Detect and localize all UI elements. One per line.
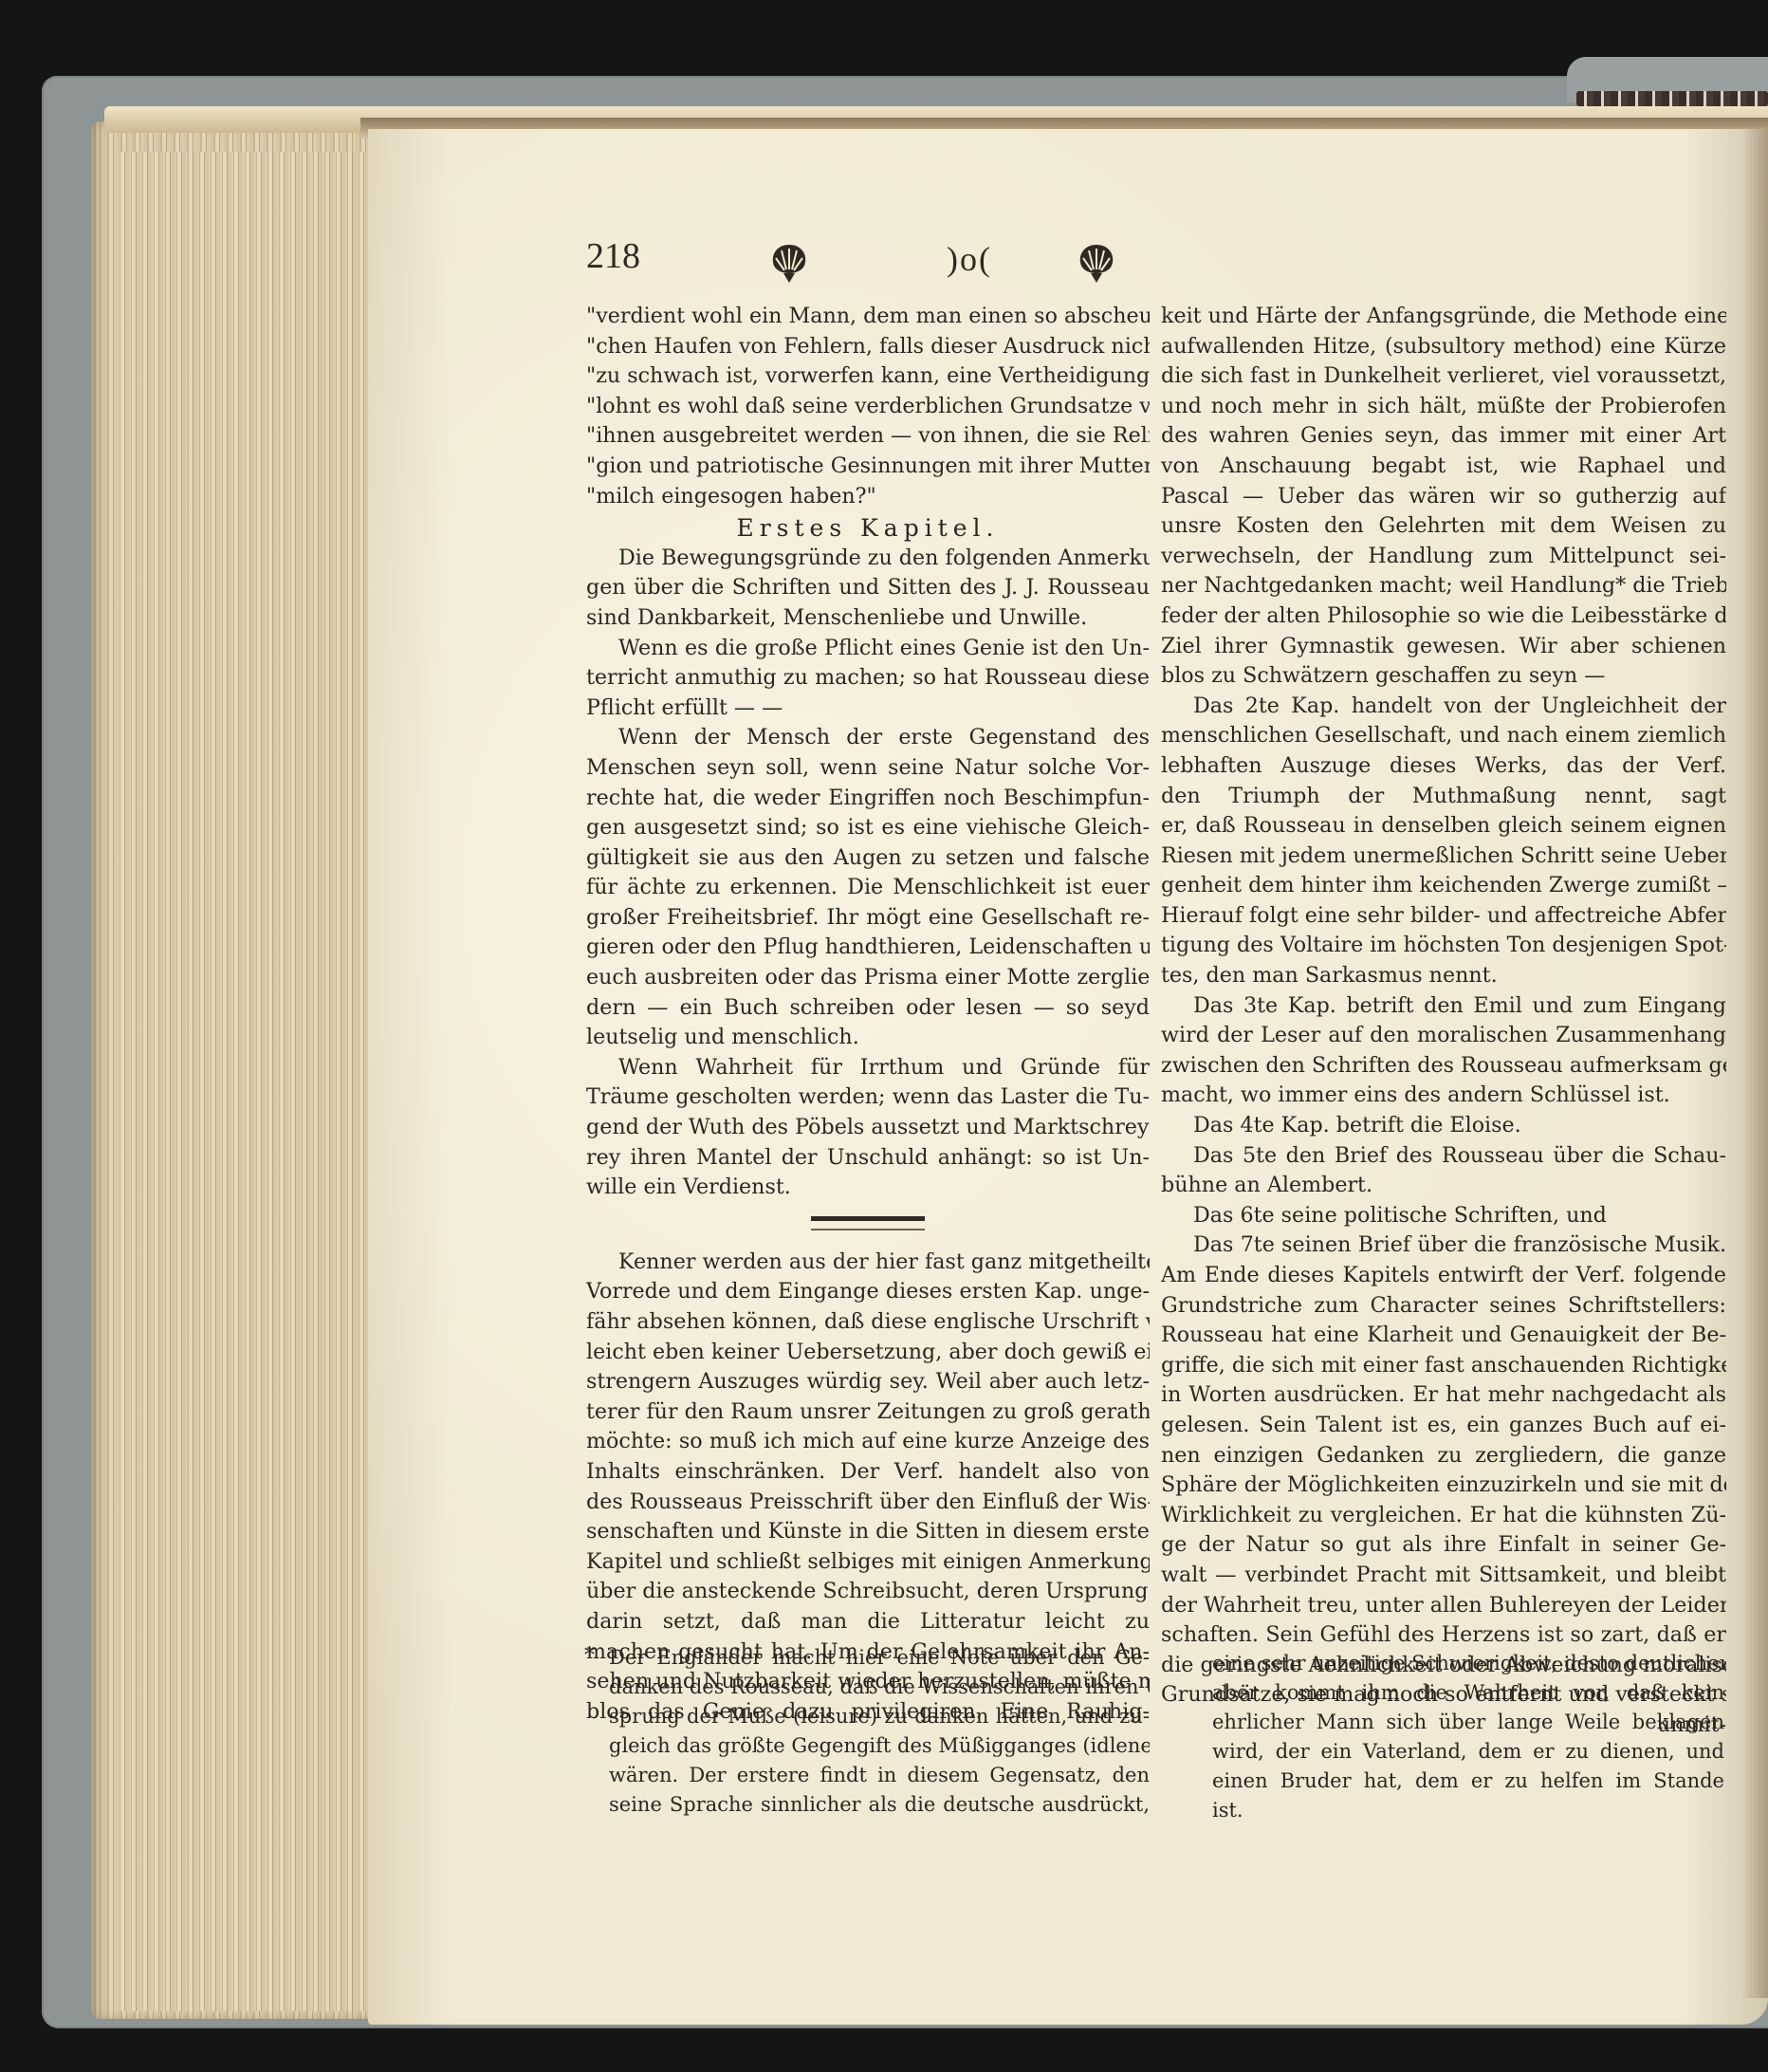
footnote-continuation: eine sehr unzeitige Schwierigkeit; desto… bbox=[1212, 1649, 1724, 1825]
shell-ornament-icon bbox=[1076, 241, 1117, 285]
text-line: "verdient wohl ein Mann, dem man einen s… bbox=[586, 302, 1150, 332]
text-line: Hierauf folgt eine sehr bilder- und affe… bbox=[1161, 901, 1726, 932]
text-line: feder der alten Philosophie so wie die L… bbox=[1161, 601, 1726, 632]
text-line: von Anschauung begabt ist, wie Raphael u… bbox=[1161, 452, 1726, 482]
section-divider-rule bbox=[811, 1216, 925, 1230]
text-line: bühne an Alembert. bbox=[1161, 1171, 1726, 1201]
text-line: Pflicht erfüllt — — bbox=[586, 694, 1150, 724]
text-line: aufwallenden Hitze, (subsultory method) … bbox=[1161, 332, 1726, 362]
text-line: gen über die Schriften und Sitten des J.… bbox=[586, 573, 1150, 603]
text-line: Riesen mit jedem unermeßlichen Schritt s… bbox=[1161, 842, 1726, 872]
gutter-shadow bbox=[1741, 129, 1768, 1998]
text-line: walt — verbindet Pracht mit Sittsamkeit,… bbox=[1161, 1561, 1726, 1591]
paragraph: Das 6te seine politische Schriften, und bbox=[1161, 1201, 1726, 1231]
text-line: Das 2te Kap. handelt von der Ungleichhei… bbox=[1161, 692, 1726, 722]
text-line: gend der Wuth des Pöbels aussetzt und Ma… bbox=[586, 1113, 1150, 1143]
text-line: wille ein Verdienst. bbox=[586, 1173, 1150, 1203]
text-line: "milch eingesogen haben?" bbox=[586, 482, 1150, 512]
text-line: gieren oder den Pflug handthieren, Leide… bbox=[586, 933, 1150, 963]
text-line: Die Bewegungsgründe zu den folgenden Anm… bbox=[586, 544, 1150, 574]
quote-block: "verdient wohl ein Mann, dem man einen s… bbox=[586, 302, 1150, 511]
paragraph: keit und Härte der Anfangsgründe, die Me… bbox=[1161, 302, 1726, 692]
text-line: über die ansteckende Schreibsucht, deren… bbox=[586, 1577, 1150, 1607]
text-line: Vorrede und dem Eingange dieses ersten K… bbox=[586, 1277, 1150, 1307]
text-line: Das 4te Kap. betrift die Eloise. bbox=[1161, 1111, 1726, 1141]
text-line: gen ausgesetzt sind; so ist es eine vieh… bbox=[586, 813, 1150, 843]
text-line: tes, den man Sarkasmus nennt. bbox=[1161, 961, 1726, 991]
text-line: den Triumph der Muthmaßung nennt, sagt bbox=[1161, 782, 1726, 812]
text-line: keit und Härte der Anfangsgründe, die Me… bbox=[1161, 302, 1726, 332]
header-ornament-center: )o( bbox=[947, 239, 992, 279]
page-number: 218 bbox=[586, 235, 640, 277]
text-line: dern — ein Buch schreiben oder lesen — s… bbox=[586, 993, 1150, 1024]
text-line: ist. bbox=[1212, 1796, 1724, 1825]
text-line: blos zu Schwätzern geschaffen zu seyn — bbox=[1161, 661, 1726, 692]
text-line: griffe, die sich mit einer fast anschaue… bbox=[1161, 1351, 1726, 1381]
text-line: wird, der ein Vaterland, dem er zu diene… bbox=[1212, 1737, 1724, 1767]
text-line: Kenner werden aus der hier fast ganz mit… bbox=[586, 1248, 1150, 1278]
text-line: tigung des Voltaire im höchsten Ton desj… bbox=[1161, 931, 1726, 961]
text-line: euch ausbreiten oder das Prisma einer Mo… bbox=[586, 963, 1150, 993]
paragraph: Wenn es die große Pflicht eines Genie is… bbox=[586, 634, 1150, 724]
text-line: schaften. Sein Gefühl des Herzens ist so… bbox=[1161, 1620, 1726, 1651]
text-line: "chen Haufen von Fehlern, falls dieser A… bbox=[586, 332, 1150, 362]
text-line: danken des Rousseau, daß die Wissenschaf… bbox=[609, 1673, 1150, 1702]
paragraph: Das 5te den Brief des Rousseau über die … bbox=[1161, 1141, 1726, 1201]
text-line: verwechseln, der Handlung zum Mittelpunc… bbox=[1161, 542, 1726, 572]
text-line: und noch mehr in sich hält, müßte der Pr… bbox=[1161, 392, 1726, 422]
text-line: großer Freiheitsbrief. Ihr mögt eine Ges… bbox=[586, 903, 1150, 934]
paragraph: Das 2te Kap. handelt von der Ungleichhei… bbox=[1161, 692, 1726, 991]
text-line: Wirklichkeit zu vergleichen. Er hat die … bbox=[1161, 1501, 1726, 1531]
paragraph: Wenn Wahrheit für Irrthum und Gründe für… bbox=[586, 1053, 1150, 1203]
text-line: "lohnt es wohl daß seine verderblichen G… bbox=[586, 392, 1150, 422]
text-line: rechte hat, die weder Eingriffen noch Be… bbox=[586, 784, 1150, 814]
text-line: darin setzt, daß man die Litteratur leic… bbox=[586, 1607, 1150, 1637]
text-line: menschlichen Gesellschaft, und nach eine… bbox=[1161, 721, 1726, 751]
text-line: des wahren Genies seyn, das immer mit ei… bbox=[1161, 421, 1726, 452]
text-line: zwischen den Schriften des Rousseau aufm… bbox=[1161, 1051, 1726, 1082]
page-header: 218 )o( bbox=[586, 235, 1724, 292]
paragraph: Die Bewegungsgründe zu den folgenden Anm… bbox=[586, 544, 1150, 634]
text-line: Wenn der Mensch der erste Gegenstand des bbox=[586, 723, 1150, 753]
text-line: eine sehr unzeitige Schwierigkeit; desto… bbox=[1212, 1649, 1724, 1678]
text-line: ner Nachtgedanken macht; weil Handlung* … bbox=[1161, 571, 1726, 601]
page-block-edge-inner bbox=[118, 152, 376, 2011]
paragraph: Wenn der Mensch der erste Gegenstand des… bbox=[586, 723, 1150, 1053]
text-line: seine Sprache sinnlicher als die deutsch… bbox=[609, 1790, 1150, 1820]
text-line: strengern Auszuges würdig sey. Weil aber… bbox=[586, 1367, 1150, 1397]
text-line: leicht eben keiner Uebersetzung, aber do… bbox=[586, 1338, 1150, 1368]
text-line: fähr absehen können, daß diese englische… bbox=[586, 1307, 1150, 1338]
footnote-marker: * bbox=[584, 1641, 595, 1671]
text-line: nen einzigen Gedanken zu zergliedern, di… bbox=[1161, 1441, 1726, 1471]
text-line: Kapitel und schließt selbiges mit einige… bbox=[586, 1547, 1150, 1578]
text-line: für ächte zu erkennen. Die Menschlichkei… bbox=[586, 873, 1150, 903]
text-line: macht, wo immer eins des andern Schlüsse… bbox=[1161, 1081, 1726, 1111]
text-line: Wenn es die große Pflicht eines Genie is… bbox=[586, 634, 1150, 664]
left-column: "verdient wohl ein Mann, dem man einen s… bbox=[586, 302, 1150, 1727]
text-line: in Worten ausdrücken. Er hat mehr nachge… bbox=[1161, 1380, 1726, 1411]
text-line: ge der Natur so gut als ihre Einfalt in … bbox=[1161, 1530, 1726, 1561]
text-line: der Wahrheit treu, unter allen Buhlereye… bbox=[1161, 1591, 1726, 1621]
text-line: Träume gescholten werden; wenn das Laste… bbox=[586, 1082, 1150, 1113]
shell-ornament-icon bbox=[768, 241, 810, 285]
text-line: Inhalts einschränken. Der Verf. handelt … bbox=[586, 1457, 1150, 1488]
headband bbox=[1576, 91, 1768, 106]
text-line: aber kommt ihm die Wahrheit vor, daß kei… bbox=[1212, 1678, 1724, 1708]
text-line: Grundstriche zum Character seines Schrif… bbox=[1161, 1291, 1726, 1322]
text-line: Rousseau hat eine Klarheit und Genauigke… bbox=[1161, 1321, 1726, 1351]
text-line: einen Bruder hat, dem er zu helfen im St… bbox=[1212, 1767, 1724, 1796]
footnote-body: eine sehr unzeitige Schwierigkeit; desto… bbox=[1212, 1649, 1724, 1825]
text-line: Das 3te Kap. betrift den Emil und zum Ei… bbox=[1161, 991, 1726, 1022]
text-line: Ziel ihrer Gymnastik gewesen. Wir aber s… bbox=[1161, 632, 1726, 662]
text-line: wären. Der erstere findt in diesem Gegen… bbox=[609, 1761, 1150, 1790]
text-line: Sphäre der Möglichkeiten einzuzirkeln un… bbox=[1161, 1471, 1726, 1501]
text-line: Wenn Wahrheit für Irrthum und Gründe für bbox=[586, 1053, 1150, 1083]
text-line: rey ihren Mantel der Unschuld anhängt: s… bbox=[586, 1143, 1150, 1174]
paragraph: Das 4te Kap. betrift die Eloise. bbox=[1161, 1111, 1726, 1141]
text-line: sprung der Muße (leisure) zu danken hätt… bbox=[609, 1702, 1150, 1731]
text-line: die sich fast in Dunkelheit verlieret, v… bbox=[1161, 361, 1726, 392]
text-line: sind Dankbarkeit, Menschenliebe und Unwi… bbox=[586, 603, 1150, 634]
text-line: "ihnen ausgebreitet werden — von ihnen, … bbox=[586, 421, 1150, 452]
text-line: unsre Kosten den Gelehrten mit dem Weise… bbox=[1161, 511, 1726, 542]
footnote-body: Der Engländer macht hier eine Note über … bbox=[590, 1643, 1150, 1820]
text-line: genheit dem hinter ihm keichenden Zwerge… bbox=[1161, 871, 1726, 901]
text-line: Menschen seyn soll, wenn seine Natur sol… bbox=[586, 753, 1150, 784]
text-line: Das 6te seine politische Schriften, und bbox=[1161, 1201, 1726, 1231]
footnote: * Der Engländer macht hier eine Note übe… bbox=[590, 1643, 1150, 1820]
text-line: terer für den Raum unsrer Zeitungen zu g… bbox=[586, 1397, 1150, 1428]
text-line: ehrlicher Mann sich über lange Weile bek… bbox=[1212, 1708, 1724, 1737]
text-line: senschaften und Künste in die Sitten in … bbox=[586, 1517, 1150, 1547]
text-line: Das 5te den Brief des Rousseau über die … bbox=[1161, 1141, 1726, 1172]
text-line: gleich das größte Gegengift des Müßiggan… bbox=[609, 1731, 1150, 1761]
paragraph: Das 7te seinen Brief über die französisc… bbox=[1161, 1230, 1726, 1711]
text-line: er, daß Rousseau in denselben gleich sei… bbox=[1161, 811, 1726, 842]
text-line: gelesen. Sein Talent ist es, ein ganzes … bbox=[1161, 1411, 1726, 1441]
right-column: keit und Härte der Anfangsgründe, die Me… bbox=[1161, 302, 1726, 1741]
text-line: des Rousseaus Preisschrift über den Einf… bbox=[586, 1488, 1150, 1518]
text-line: terricht anmuthig zu machen; so hat Rous… bbox=[586, 663, 1150, 694]
text-line: gültigkeit sie aus den Augen zu setzen u… bbox=[586, 843, 1150, 874]
paragraph: Das 3te Kap. betrift den Emil und zum Ei… bbox=[1161, 991, 1726, 1111]
text-line: Das 7te seinen Brief über die französisc… bbox=[1161, 1230, 1726, 1261]
text-line: möchte: so muß ich mich auf eine kurze A… bbox=[586, 1427, 1150, 1457]
chapter-heading: Erstes Kapitel. bbox=[586, 513, 1150, 544]
text-line: Am Ende dieses Kapitels entwirft der Ver… bbox=[1161, 1261, 1726, 1291]
text-line: leutselig und menschlich. bbox=[586, 1023, 1150, 1053]
text-line: Der Engländer macht hier eine Note über … bbox=[609, 1643, 1150, 1673]
text-line: lebhaften Auszuge dieses Werks, das der … bbox=[1161, 751, 1726, 782]
text-line: "gion und patriotische Gesinnungen mit i… bbox=[586, 452, 1150, 482]
text-line: Pascal — Ueber das wären wir so gutherzi… bbox=[1161, 482, 1726, 512]
text-line: "zu schwach ist, vorwerfen kann, eine Ve… bbox=[586, 361, 1150, 392]
text-line: wird der Leser auf den moralischen Zusam… bbox=[1161, 1021, 1726, 1051]
